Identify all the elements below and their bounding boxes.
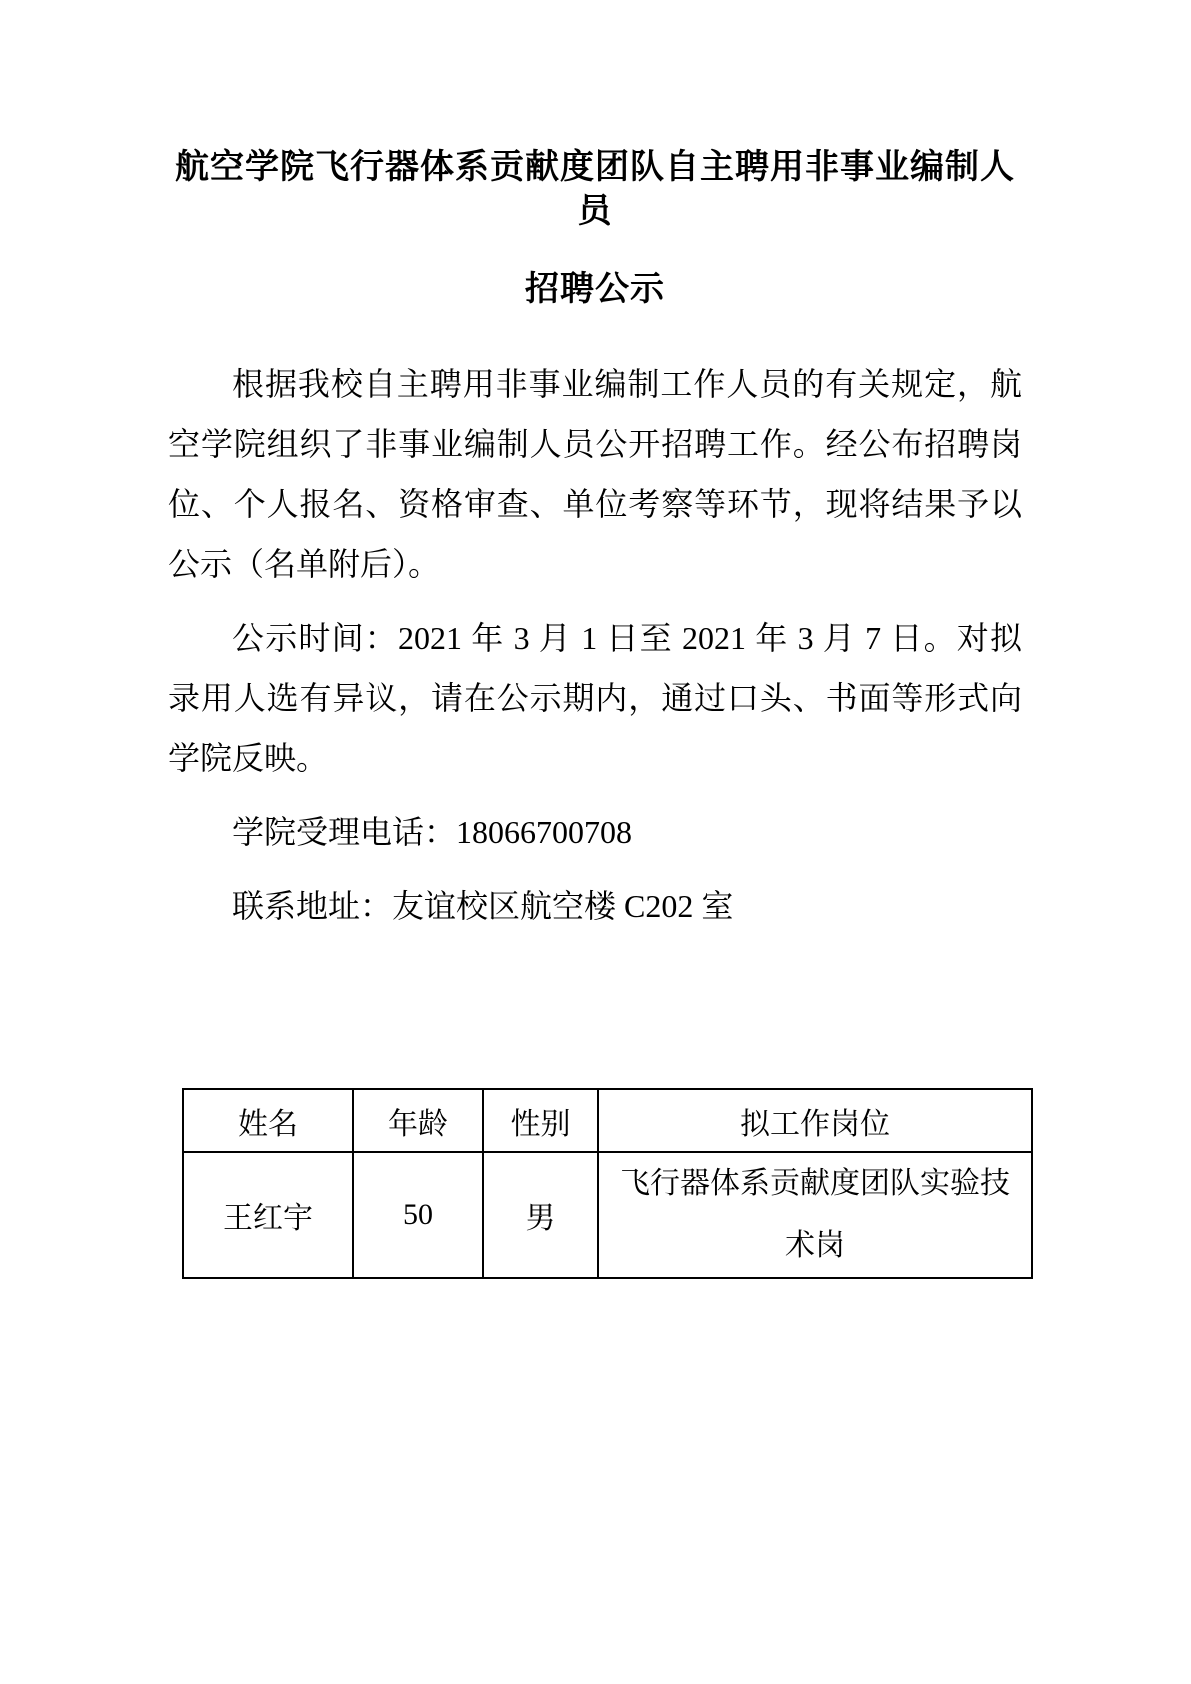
paragraph-publicity-period: 公示时间：2021 年 3 月 1 日至 2021 年 3 月 7 日。对拟录用…: [168, 608, 1022, 788]
applicant-table: 姓名 年龄 性别 拟工作岗位 王红宇 50 男 飞行器体系贡献度团队实验技术岗: [182, 1088, 1033, 1279]
header-gender: 性别: [483, 1089, 598, 1152]
paragraph-contact-address: 联系地址：友谊校区航空楼 C202 室: [168, 876, 1022, 936]
header-age: 年龄: [353, 1089, 483, 1152]
document-page: 航空学院飞行器体系贡献度团队自主聘用非事业编制人员 招聘公示 根据我校自主聘用非…: [0, 0, 1191, 1684]
cell-age: 50: [353, 1152, 483, 1278]
header-position: 拟工作岗位: [598, 1089, 1032, 1152]
header-name: 姓名: [183, 1089, 353, 1152]
document-body: 根据我校自主聘用非事业编制工作人员的有关规定，航空学院组织了非事业编制人员公开招…: [168, 354, 1022, 936]
paragraph-contact-phone: 学院受理电话：18066700708: [168, 802, 1022, 862]
cell-gender: 男: [483, 1152, 598, 1278]
title-line-2: 招聘公示: [168, 268, 1022, 312]
cell-name: 王红宇: [183, 1152, 353, 1278]
table-header-row: 姓名 年龄 性别 拟工作岗位: [183, 1089, 1032, 1152]
title-line-1: 航空学院飞行器体系贡献度团队自主聘用非事业编制人员: [168, 146, 1022, 234]
document-title: 航空学院飞行器体系贡献度团队自主聘用非事业编制人员 招聘公示: [168, 146, 1022, 312]
cell-position: 飞行器体系贡献度团队实验技术岗: [598, 1152, 1032, 1278]
table-row: 王红宇 50 男 飞行器体系贡献度团队实验技术岗: [183, 1152, 1032, 1278]
paragraph-intro: 根据我校自主聘用非事业编制工作人员的有关规定，航空学院组织了非事业编制人员公开招…: [168, 354, 1022, 594]
